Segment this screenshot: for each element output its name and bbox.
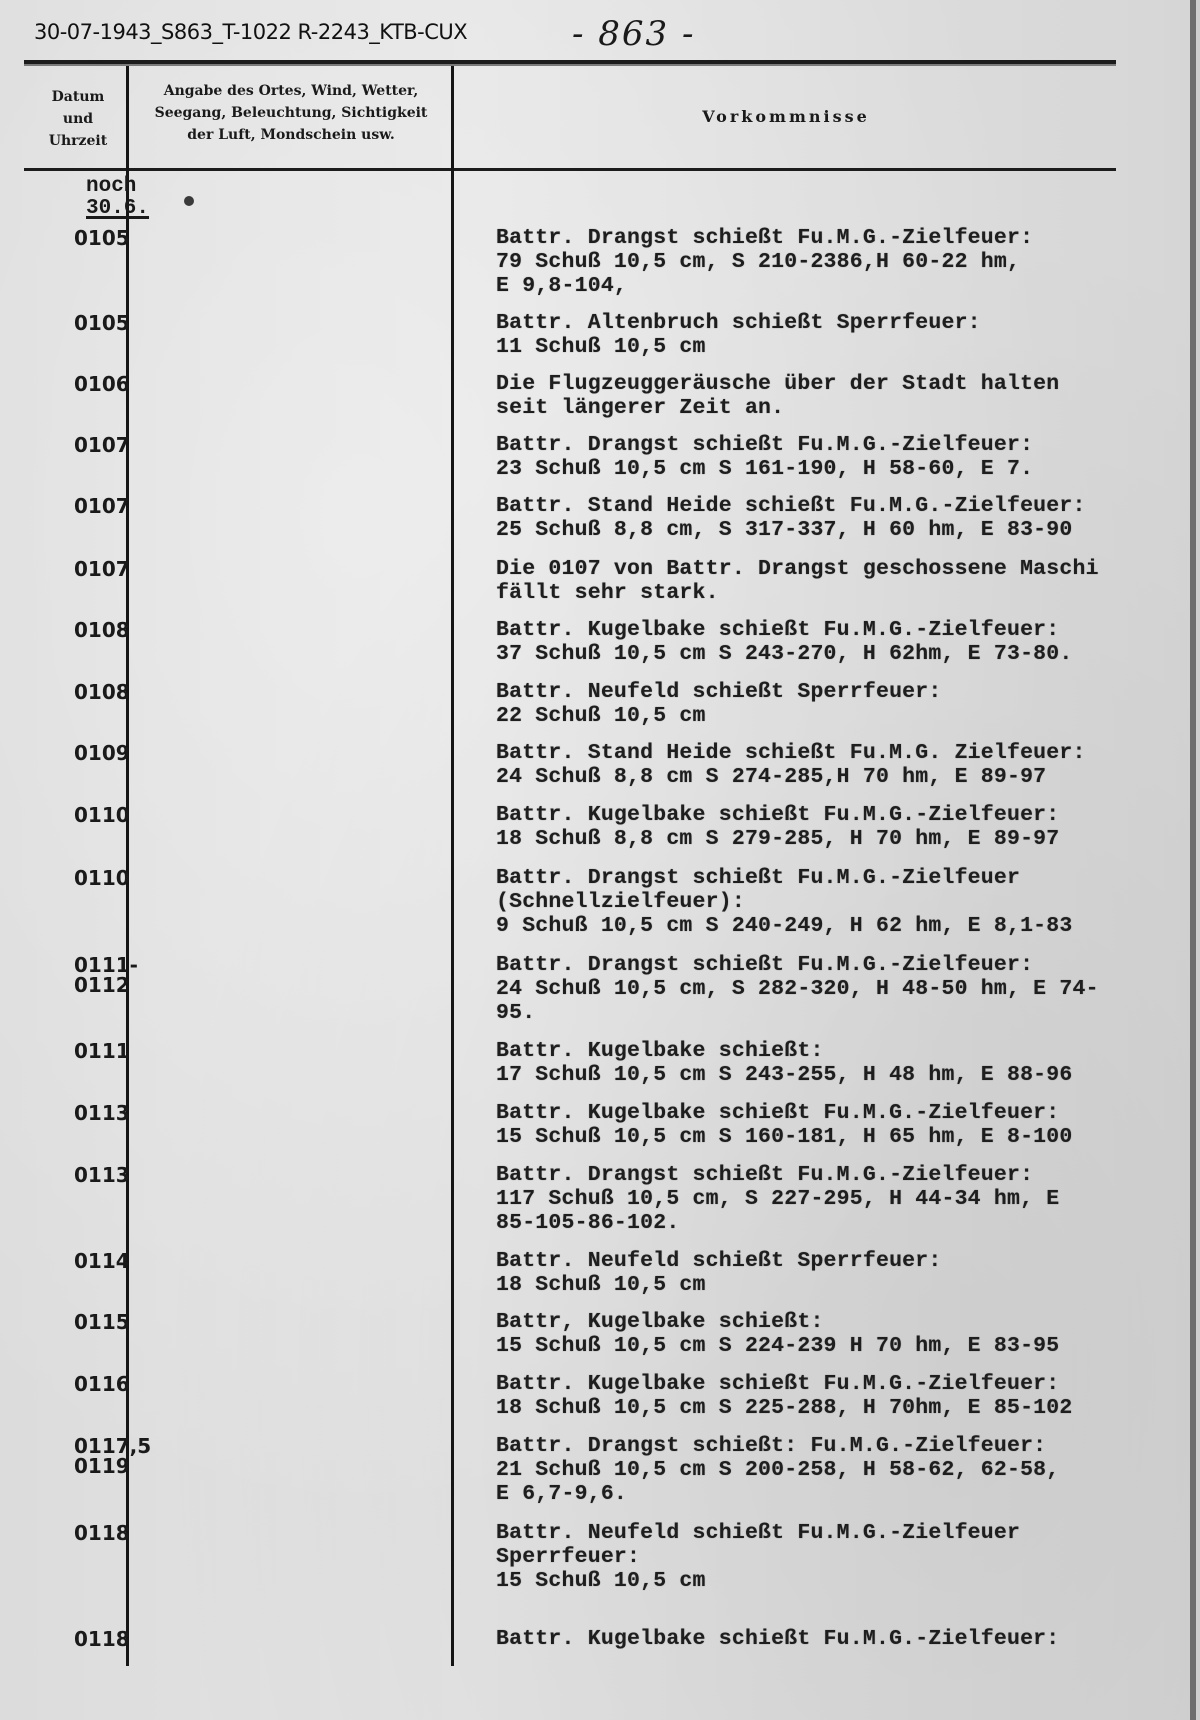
entry-text: Battr, Kugelbake schießt: 15 Schuß 10,5 … xyxy=(496,1310,1196,1358)
header-line: Uhrzeit xyxy=(30,130,126,152)
entry-time: 0114 xyxy=(74,1251,144,1271)
entry-time: 0118 xyxy=(74,1523,144,1543)
entry-text: Battr. Stand Heide schießt Fu.M.G.-Zielf… xyxy=(496,494,1196,542)
entry-text: Battr. Kugelbake schießt: 17 Schuß 10,5 … xyxy=(496,1039,1196,1087)
entry-time: 0113 xyxy=(74,1103,144,1123)
column-divider-2 xyxy=(451,66,454,1666)
entry-time: 0111- 0112 xyxy=(74,955,144,995)
page-number: - 863 - xyxy=(572,14,696,54)
entry-text: Battr. Kugelbake schießt Fu.M.G.-Zielfeu… xyxy=(496,1101,1196,1149)
header-line: Seegang, Beleuchtung, Sichtigkeit xyxy=(132,102,450,124)
entry-time: 0116 xyxy=(74,1374,144,1394)
header-vorkommnisse: Vorkommnisse xyxy=(456,106,1116,128)
entry-text: Battr. Drangst schießt Fu.M.G.-Zielfeuer… xyxy=(496,433,1196,481)
header-bottom-rule xyxy=(24,168,1116,171)
entry-time: 0117,5 0119 xyxy=(74,1436,144,1476)
entry-time: 0105 xyxy=(74,228,144,248)
entry-time: 0108 xyxy=(74,682,144,702)
entry-text: Battr. Drangst schießt Fu.M.G.-Zielfeuer… xyxy=(496,1163,1196,1235)
entry-time: 0109 xyxy=(74,743,144,763)
entry-text: Battr. Neufeld schießt Fu.M.G.-Zielfeuer… xyxy=(496,1521,1196,1593)
entry-text: Die Flugzeuggeräusche über der Stadt hal… xyxy=(496,372,1196,420)
entry-time: 0108 xyxy=(74,620,144,640)
entry-text: Battr. Kugelbake schießt Fu.M.G.-Zielfeu… xyxy=(496,1627,1196,1651)
entry-text: Battr. Stand Heide schießt Fu.M.G. Zielf… xyxy=(496,741,1196,789)
header-datum-uhrzeit: Datum und Uhrzeit xyxy=(30,86,126,152)
entry-time: 0118 xyxy=(74,1629,144,1649)
entry-text: Battr. Drangst schießt Fu.M.G.-Zielfeuer… xyxy=(496,953,1196,1025)
entry-time: 0107 xyxy=(74,559,144,579)
entry-time: 0105 xyxy=(74,313,144,333)
ink-spot xyxy=(184,196,194,206)
header-angabe: Angabe des Ortes, Wind, Wetter, Seegang,… xyxy=(132,80,450,146)
entry-text: Battr. Kugelbake schießt Fu.M.G.-Zielfeu… xyxy=(496,618,1196,666)
noch-label: noch xyxy=(86,175,136,198)
entry-time: 0111 xyxy=(74,1041,144,1061)
entry-text: Battr. Drangst schießt: Fu.M.G.-Zielfeue… xyxy=(496,1434,1196,1506)
entry-time: 0113 xyxy=(74,1165,144,1185)
entry-text: Battr. Kugelbake schießt Fu.M.G.-Zielfeu… xyxy=(496,803,1196,851)
entry-time: 0115 xyxy=(74,1312,144,1332)
header-line: Angabe des Ortes, Wind, Wetter, xyxy=(132,80,450,102)
entry-time: 0110 xyxy=(74,868,144,888)
entry-time: 0110 xyxy=(74,805,144,825)
table-top-rule xyxy=(24,60,1116,66)
header-line: der Luft, Mondschein usw. xyxy=(132,124,450,146)
entry-text: Die 0107 von Battr. Drangst geschossene … xyxy=(496,557,1196,605)
entry-time: 0107 xyxy=(74,435,144,455)
entry-text: Battr. Drangst schießt Fu.M.G.-Zielfeuer… xyxy=(496,866,1196,938)
entry-time: 0106 xyxy=(74,374,144,394)
entry-time: 0107 xyxy=(74,496,144,516)
date-prefix: noch 30.6. xyxy=(86,176,149,220)
entry-text: Battr. Neufeld schießt Sperrfeuer: 22 Sc… xyxy=(496,680,1196,728)
entry-text: Battr. Kugelbake schießt Fu.M.G.-Zielfeu… xyxy=(496,1372,1196,1420)
entry-text: Battr. Neufeld schießt Sperrfeuer: 18 Sc… xyxy=(496,1249,1196,1297)
header-line: und xyxy=(30,108,126,130)
date-label: 30.6. xyxy=(86,198,149,220)
header-line: Datum xyxy=(30,86,126,108)
scanned-page: 30-07-1943_S863_T-1022 R-2243_KTB-CUX - … xyxy=(0,0,1196,1720)
entry-text: Battr. Altenbruch schießt Sperrfeuer: 11… xyxy=(496,311,1196,359)
archive-label: 30-07-1943_S863_T-1022 R-2243_KTB-CUX xyxy=(34,20,467,44)
entry-text: Battr. Drangst schießt Fu.M.G.-Zielfeuer… xyxy=(496,226,1196,298)
